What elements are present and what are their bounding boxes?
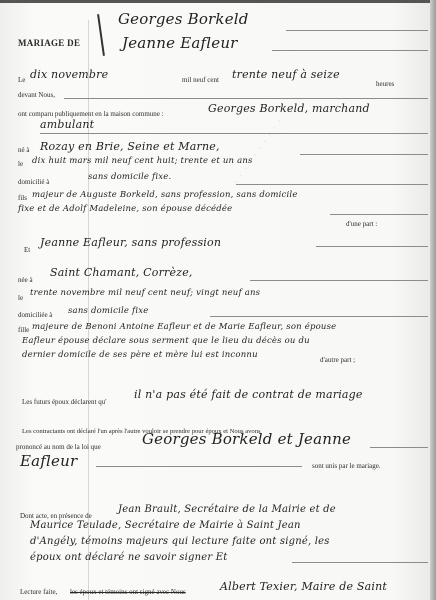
groom-name: Georges Borkeld (118, 10, 249, 28)
rule (250, 280, 428, 281)
bride-parents-1: majeure de Benoni Antoine Eafleur et de … (32, 322, 336, 332)
reading-struck-text: les époux et témoins ont signé avec Nous (70, 588, 186, 596)
officer-signature-text: Albert Texier, Maire de Saint (220, 580, 387, 593)
one-part-label: d'une part : (346, 220, 377, 228)
groom-domicile: sans domicile fixe. (88, 172, 171, 182)
rule (64, 98, 428, 99)
civil-record-page: · · · · · · · · · · MARIAGE DE Georges B… (0, 0, 436, 600)
bride-birthdate: trente novembre mil neuf cent neuf; ving… (30, 288, 260, 298)
witness-line-2: Maurice Teulade, Secrétaire de Mairie à … (30, 520, 301, 531)
pronounced-label: prononcé au nom de la loi que (16, 443, 101, 451)
contract-hand: il n'a pas été fait de contrat de mariag… (134, 388, 363, 401)
bride-birthplace: Saint Chamant, Corrèze, (50, 266, 193, 279)
rule (236, 184, 428, 185)
date-day-month: dix novembre (30, 68, 108, 81)
other-part-label: d'autre part ; (320, 356, 355, 364)
and-label: Et (24, 246, 30, 254)
united-label: sont unis par le mariage. (312, 462, 381, 470)
pronounced-hand-2: Eafleur (20, 452, 77, 470)
witness-line-1: Jean Brault, Secrétaire de la Mairie et … (118, 504, 336, 515)
bride-full: Jeanne Eafleur, sans profession (40, 236, 221, 249)
page-top-edge (0, 0, 436, 3)
reading-label: Lecture faite, (20, 588, 57, 596)
bride-parents-3: dernier domicile de ses père et mère lui… (22, 350, 258, 360)
rule (96, 466, 302, 467)
rule (292, 562, 428, 563)
page-right-edge (430, 0, 436, 600)
born-label: né à (18, 146, 29, 154)
groom-full: Georges Borkeld, marchand (208, 102, 370, 115)
groom-parents-2: fixe et de Adolf Madeleine, son épouse d… (18, 204, 232, 214)
born-label-f: née à (18, 276, 33, 284)
le-label-f: le (18, 294, 23, 302)
pronounced-hand-1: Georges Borkeld et Jeanne (142, 430, 351, 448)
rule (330, 214, 428, 215)
header-label: MARIAGE DE (18, 38, 80, 48)
rule (210, 316, 428, 317)
domicile-label: domicilié à (18, 178, 49, 186)
rule (316, 246, 428, 247)
appeared-label: ont comparu publiquement en la maison co… (18, 110, 164, 118)
son-label: fils (18, 194, 27, 202)
name-brace (97, 14, 105, 56)
rule (40, 133, 428, 134)
contract-label: Les futurs époux déclarent qu' (22, 398, 106, 406)
groom-birthplace: Rozay en Brie, Seine et Marne, (40, 140, 220, 153)
groom-parents-1: majeur de Auguste Borkeld, sans professi… (32, 190, 298, 200)
groom-birthdate: dix huit mars mil neuf cent huit; trente… (32, 156, 253, 166)
bride-name: Jeanne Eafleur (122, 34, 238, 52)
rule (286, 30, 428, 31)
rule (300, 154, 428, 155)
date-year-hand: trente neuf à seize (232, 68, 340, 81)
act-label: Dont acte, en présence de (20, 512, 92, 520)
groom-occupation: ambulant (40, 118, 94, 131)
daughter-label: fille (18, 326, 29, 334)
hours-label: heures (376, 80, 394, 88)
bride-parents-2: Eafleur épouse déclare sous serment que … (22, 336, 310, 346)
bride-domicile: sans domicile fixe (68, 306, 149, 316)
witness-line-4: époux ont déclaré ne savoir signer Et (30, 552, 227, 563)
domicile-label-f: domiciliée à (18, 311, 52, 319)
witness-line-3: d'Angély, témoins majeurs qui lecture fa… (30, 536, 330, 547)
le-label: le (18, 160, 23, 168)
before-us-label: devant Nous, (18, 91, 55, 99)
date-prefix: Le (18, 76, 25, 84)
archive-watermark: · · · · · · · · · · (230, 116, 287, 189)
rule (272, 50, 428, 51)
date-year-label: mil neuf cent (182, 76, 219, 84)
rule (370, 447, 428, 448)
